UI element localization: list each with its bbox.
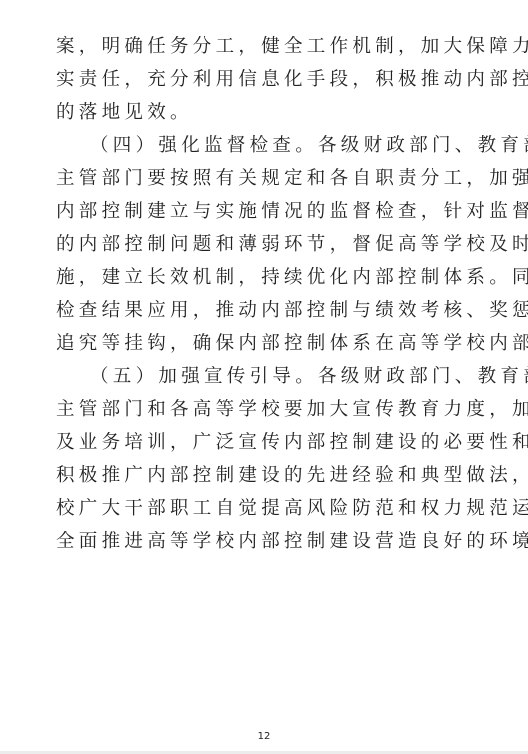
text-line: 案，明确任务分工，健全工作机制，加大保障力度，层层压 [56,30,468,63]
section-heading-line: （五）加强宣传引导。各级财政部门、教育部门、其他 [56,360,468,393]
text-line: 的内部控制问题和薄弱环节，督促高等学校及时制定整改措 [56,228,468,261]
text-line: 检查结果应用，推动内部控制与绩效考核、奖惩机制、责任 [56,294,468,327]
section-heading-line: （四）强化监督检查。各级财政部门、教育部门和其他 [56,129,468,162]
text-line: 施，建立长效机制，持续优化内部控制体系。同时加强监督 [56,261,468,294]
text-line: 的落地见效。 [56,96,468,129]
text-line: 实责任，充分利用信息化手段，积极推动内部控制在本单位 [56,63,468,96]
document-body: 案，明确任务分工，健全工作机制，加大保障力度，层层压 实责任，充分利用信息化手段… [56,30,468,558]
text-line: 追究等挂钩，确保内部控制体系在高等学校内部见行见效。 [56,327,468,360]
text-line: 主管部门和各高等学校要加大宣传教育力度，加强政策指导 [56,393,468,426]
text-line: 及业务培训，广泛宣传内部控制建设的必要性和重要意义， [56,426,468,459]
paragraph-section-4-strengthen-supervision: （四）强化监督检查。各级财政部门、教育部门和其他 主管部门要按照有关规定和各自职… [56,129,468,360]
document-page: 案，明确任务分工，健全工作机制，加大保障力度，层层压 实责任，充分利用信息化手段… [0,0,528,752]
text-line: 积极推广内部控制建设的先进经验和典型做法，引导高等学 [56,459,468,492]
paragraph-section-5-strengthen-publicity: （五）加强宣传引导。各级财政部门、教育部门、其他 主管部门和各高等学校要加大宣传… [56,360,468,558]
text-line: 主管部门要按照有关规定和各自职责分工，加强对高等学校 [56,162,468,195]
paragraph-continuation: 案，明确任务分工，健全工作机制，加大保障力度，层层压 实责任，充分利用信息化手段… [56,30,468,129]
text-line: 内部控制建立与实施情况的监督检查，针对监督检查中发现 [56,195,468,228]
page-number: 12 [0,731,528,742]
text-line: 校广大干部职工自觉提高风险防范和权力规范运行意识，为 [56,492,468,525]
text-line: 全面推进高等学校内部控制建设营造良好的环境和氛围。 [56,525,468,558]
